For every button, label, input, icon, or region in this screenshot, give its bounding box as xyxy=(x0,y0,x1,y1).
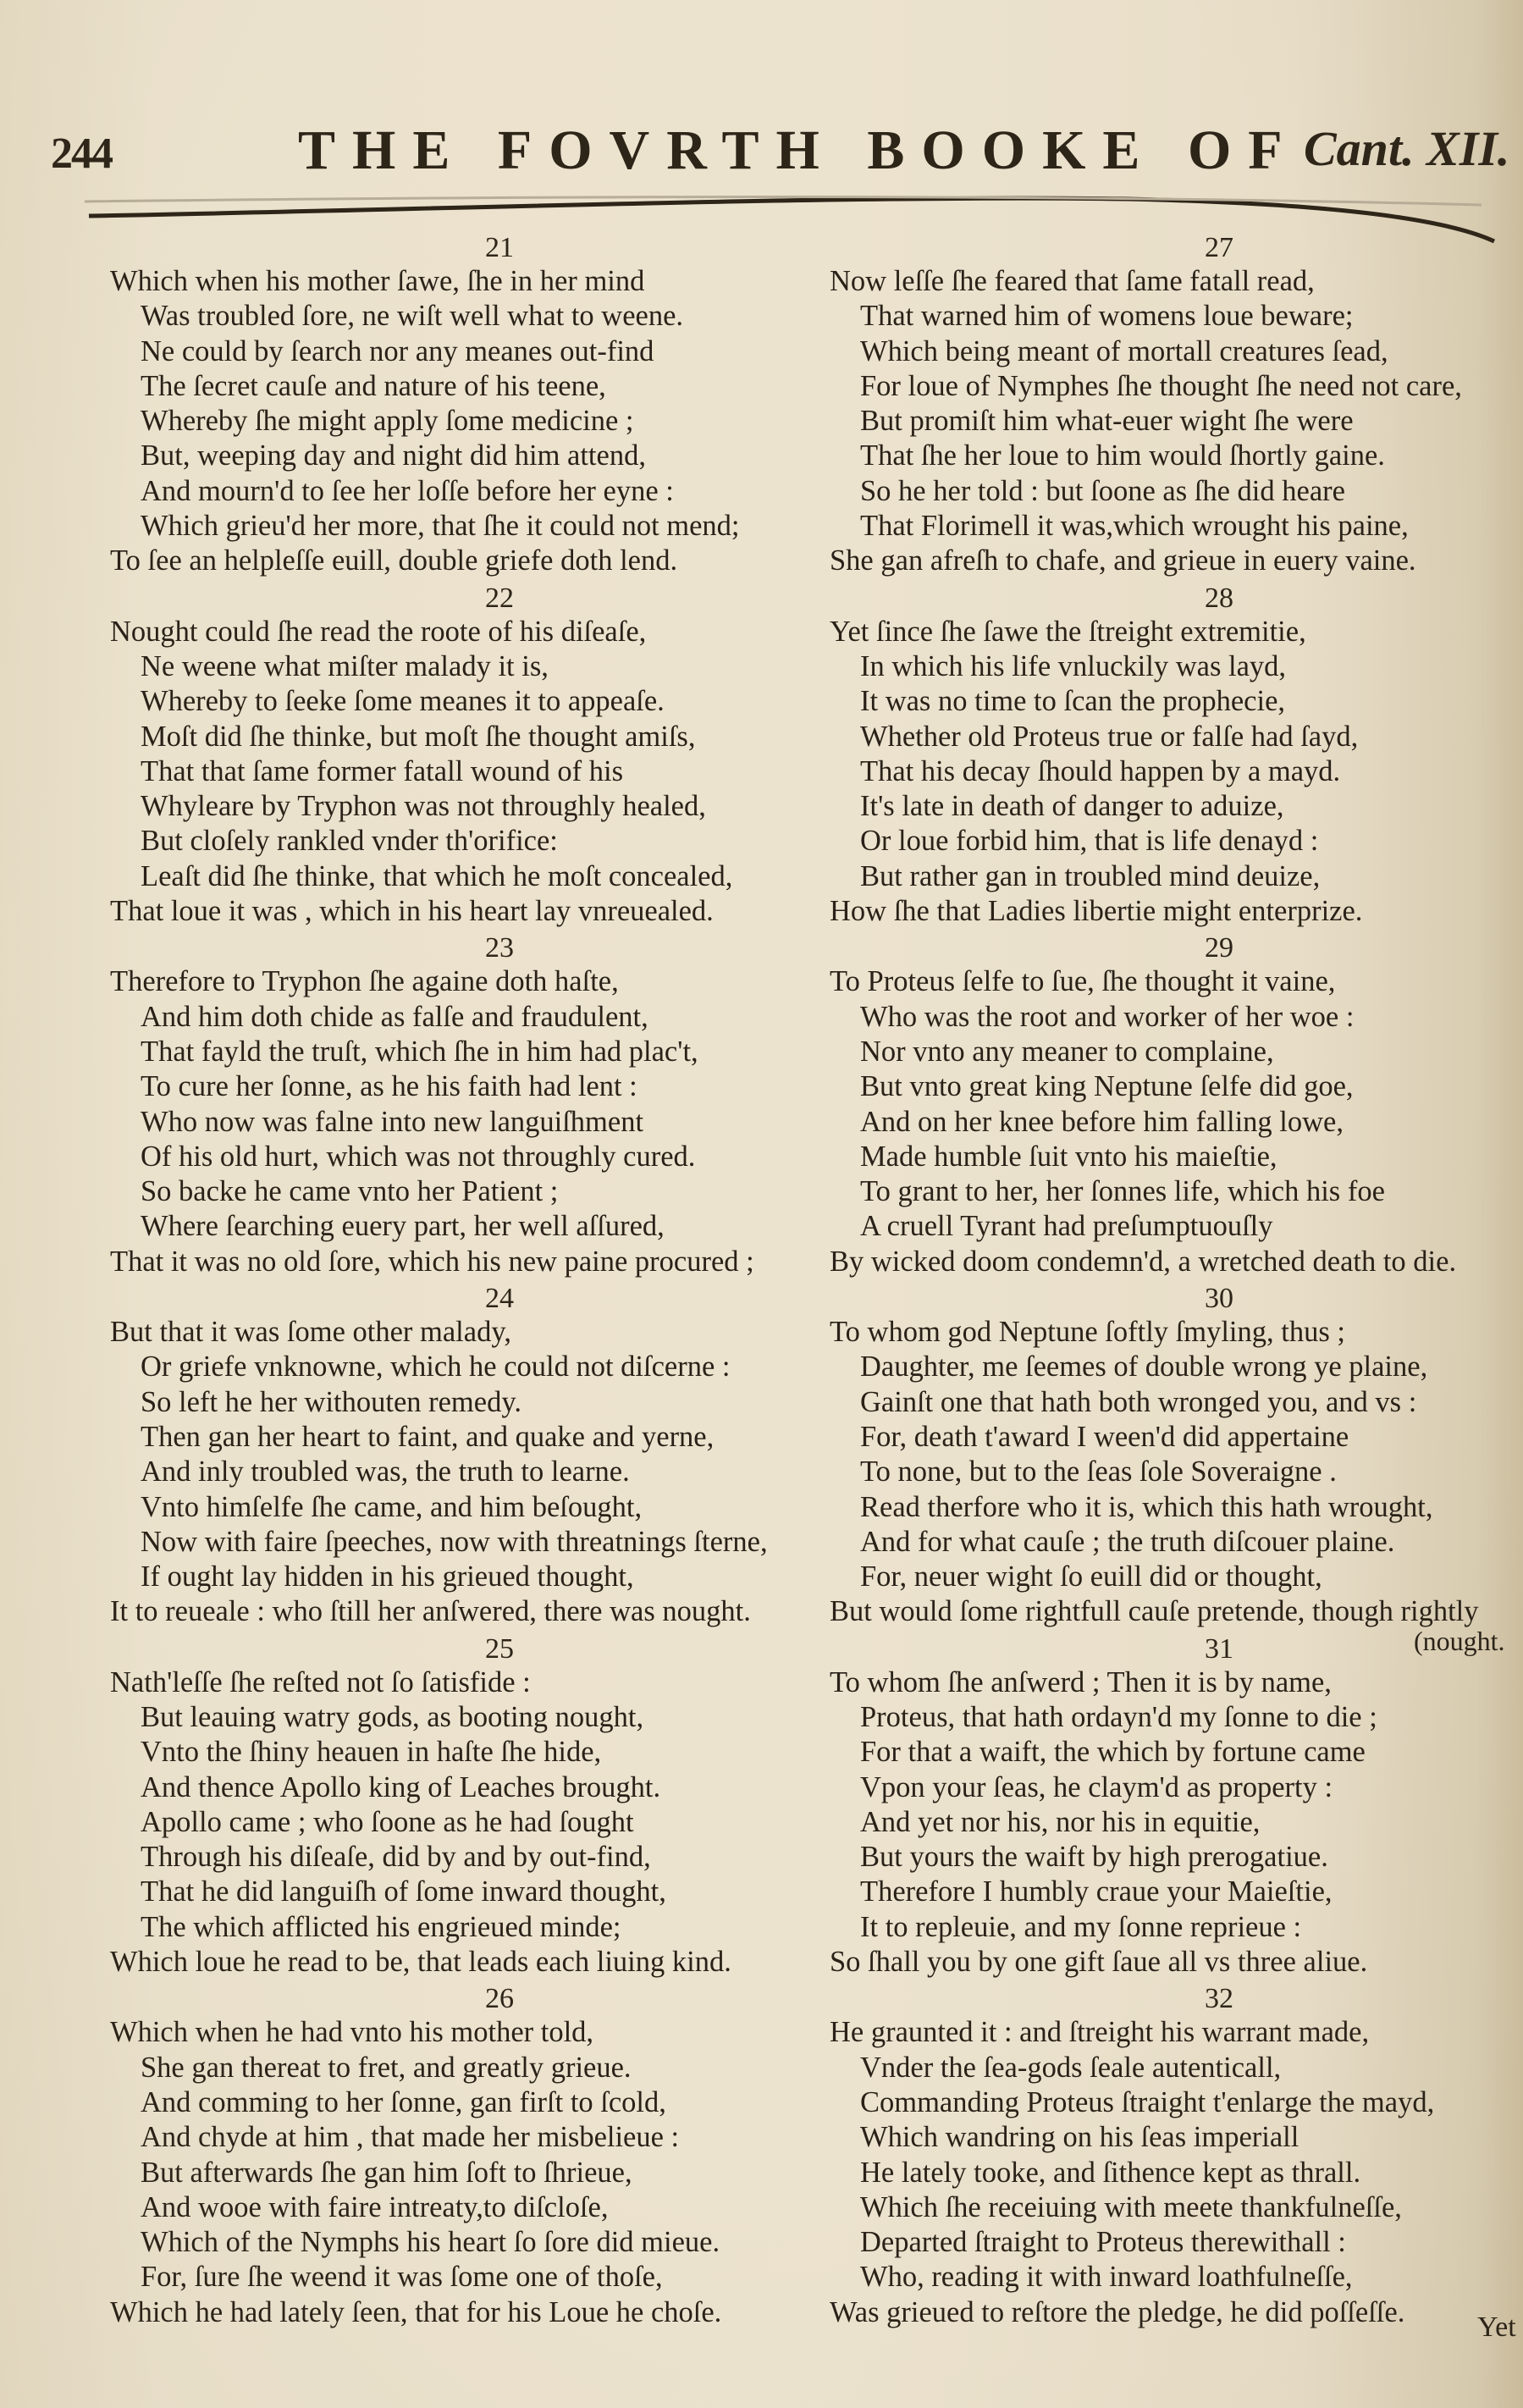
verse-line: But vnto great king Neptune ſelfe did go… xyxy=(830,1069,1523,1104)
verse-line: To ſee an helpleſſe euill, double griefe… xyxy=(110,544,838,578)
verse-line: It's late in death of danger to aduize, xyxy=(830,789,1523,824)
stanza-23: 23 Therefore to Tryphon ſhe againe doth … xyxy=(110,929,838,1279)
verse-line: Or griefe vnknowne, which he could not d… xyxy=(110,1350,838,1384)
verse-line: But cloſely rankled vnder th'orifice: xyxy=(110,824,838,859)
verse-line: Which wandring on his ſeas imperiall xyxy=(830,2120,1523,2155)
stanza-31: 31 To whom ſhe anſwerd ; Then it is by n… xyxy=(830,1630,1523,1980)
verse-line: How ſhe that Ladies libertie might enter… xyxy=(830,894,1523,929)
verse-line: And thence Apollo king of Leaches brough… xyxy=(110,1770,838,1805)
stanza-24: 24 But that it was ſome other malady, Or… xyxy=(110,1279,838,1630)
verse-line: But would ſome rightfull cauſe pretende,… xyxy=(830,1594,1523,1629)
verse-line: And comming to her ſonne, gan firſt to ſ… xyxy=(110,2085,838,2120)
verse-line: To grant to her, her ſonnes life, which … xyxy=(830,1174,1523,1209)
verse-line: And wooe with faire intreaty,to diſcloſe… xyxy=(110,2190,838,2225)
verse-line: Was troubled ſore, ne wiſt well what to … xyxy=(110,299,838,334)
verse-line: It to repleuie, and my ſonne reprieue : xyxy=(830,1910,1523,1945)
right-column: 27 Now leſſe ſhe feared that ſame fatall… xyxy=(830,229,1523,2330)
verse-line: Which when his mother ſawe, ſhe in her m… xyxy=(110,264,838,299)
verse-line: Whereby ſhe might apply ſome medicine ; xyxy=(110,404,838,439)
stanza-number: 23 xyxy=(110,929,838,964)
verse-line: For that a waift, the which by fortune c… xyxy=(830,1735,1523,1770)
stanza-25: 25 Nath'leſſe ſhe reſted not ſo ſatisfid… xyxy=(110,1630,838,1980)
stanza-26: 26 Which when he had vnto his mother tol… xyxy=(110,1980,838,2330)
verse-line: And on her knee before him falling lowe, xyxy=(830,1105,1523,1140)
verse-line: That it was no old ſore, which his new p… xyxy=(110,1245,838,1279)
verse-line: Whereby to ſeeke ſome meanes it to appea… xyxy=(110,684,838,719)
verse-line: Vpon your ſeas, he claym'd as property : xyxy=(830,1770,1523,1805)
verse-line: Proteus, that hath ordayn'd my ſonne to … xyxy=(830,1700,1523,1735)
verse-line: Therefore I humbly craue your Maieſtie, xyxy=(830,1875,1523,1909)
stanza-29: 29 To Proteus ſelfe to ſue, ſhe thought … xyxy=(830,929,1523,1279)
verse-line: But leauing watry gods, as booting nough… xyxy=(110,1700,838,1735)
verse-line: Which ſhe receiuing with meete thankfuln… xyxy=(830,2190,1523,2225)
verse-line: The ſecret cauſe and nature of his teene… xyxy=(110,369,838,404)
verse-line: So ſhall you by one gift ſaue all vs thr… xyxy=(830,1945,1523,1980)
verse-line: A cruell Tyrant had preſumptuouſly xyxy=(830,1209,1523,1244)
verse-line: For loue of Nymphes ſhe thought ſhe need… xyxy=(830,369,1523,404)
verse-line: That his decay ſhould happen by a mayd. xyxy=(830,754,1523,789)
verse-line: Ne weene what miſter malady it is, xyxy=(110,649,838,684)
catchword: Yet xyxy=(1477,2311,1516,2344)
verse-line: But yours the waift by high prerogatiue. xyxy=(830,1840,1523,1875)
verse-line: Yet ſince ſhe ſawe the ſtreight extremit… xyxy=(830,615,1523,649)
verse-line: Now leſſe ſhe feared that ſame fatall re… xyxy=(830,264,1523,299)
stanza-number: 30 xyxy=(830,1279,1523,1315)
verse-line: Vnto the ſhiny heauen in haſte ſhe hide, xyxy=(110,1735,838,1770)
page-number: 244 xyxy=(51,129,112,179)
verse-line: Now with faire ſpeeches, now with threat… xyxy=(110,1525,838,1560)
verse-line: That he did languiſh of ſome inward thou… xyxy=(110,1875,838,1909)
verse-line: The which afflicted his engrieued minde; xyxy=(110,1910,838,1945)
verse-line: For, ſure ſhe weend it was ſome one of t… xyxy=(110,2260,838,2295)
turned-line-overflow: (nought. xyxy=(1414,1626,1505,1657)
stanza-21: 21 Which when his mother ſawe, ſhe in he… xyxy=(110,229,838,579)
verse-line: Vnder the ſea-gods ſeale autenticall, xyxy=(830,2051,1523,2085)
verse-line: Who now was falne into new languiſhment xyxy=(110,1105,838,1140)
verse-line: Which when he had vnto his mother told, xyxy=(110,2015,838,2050)
verse-line: By wicked doom condemn'd, a wretched dea… xyxy=(830,1245,1523,1279)
verse-line: To whom god Neptune ſoftly ſmyling, thus… xyxy=(830,1315,1523,1350)
verse-line: To none, but to the ſeas ſole Soveraigne… xyxy=(830,1455,1523,1489)
verse-line: Where ſearching euery part, her well aſſ… xyxy=(110,1209,838,1244)
running-title: THE FOVRTH BOOKE OF xyxy=(298,119,1300,183)
verse-line: Through his diſeaſe, did by and by out-f… xyxy=(110,1840,838,1875)
verse-line: That that ſame former fatall wound of hi… xyxy=(110,754,838,789)
stanza-number: 24 xyxy=(110,1279,838,1315)
stanza-number: 27 xyxy=(830,229,1523,264)
verse-line: Which being meant of mortall creatures ſ… xyxy=(830,334,1523,369)
stanza-32: 32 He graunted it : and ſtreight his war… xyxy=(830,1980,1523,2330)
verse-line: And chyde at him , that made her misbeli… xyxy=(110,2120,838,2155)
stanza-22: 22 Nought could ſhe read the roote of hi… xyxy=(110,579,838,930)
verse-line: Therefore to Tryphon ſhe againe doth haſ… xyxy=(110,964,838,999)
verse-line: That Florimell it was,which wrought his … xyxy=(830,509,1523,544)
verse-line: But that it was ſome other malady, xyxy=(110,1315,838,1350)
verse-line: But, weeping day and night did him atten… xyxy=(110,439,838,473)
verse-line: It was no time to ſcan the prophecie, xyxy=(830,684,1523,719)
verse-line: To Proteus ſelfe to ſue, ſhe thought it … xyxy=(830,964,1523,999)
verse-line: Ne could by ſearch nor any meanes out-fi… xyxy=(110,334,838,369)
verse-line: Leaſt did ſhe thinke, that which he moſt… xyxy=(110,859,838,894)
stanza-number: 21 xyxy=(110,229,838,264)
verse-line: And him doth chide as falſe and fraudule… xyxy=(110,1000,838,1035)
verse-line: Apollo came ; who ſoone as he had ſought xyxy=(110,1805,838,1840)
verse-line: Then gan her heart to faint, and quake a… xyxy=(110,1420,838,1455)
verse-line: So he her told : but ſoone as ſhe did he… xyxy=(830,474,1523,509)
verse-line: If ought lay hidden in his grieued thoug… xyxy=(110,1560,838,1594)
verse-line: But afterwards ſhe gan him ſoft to ſhrie… xyxy=(110,2156,838,2190)
verse-line: Nought could ſhe read the roote of his d… xyxy=(110,615,838,649)
verse-line: Whyleare by Tryphon was not throughly he… xyxy=(110,789,838,824)
verse-line: Read therfore who it is, which this hath… xyxy=(830,1490,1523,1525)
verse-line: Who, reading it with inward loathfulneſſ… xyxy=(830,2260,1523,2295)
verse-line: So left he her withouten remedy. xyxy=(110,1385,838,1420)
verse-line: Departed ſtraight to Proteus therewithal… xyxy=(830,2225,1523,2260)
verse-line: In which his life vnluckily was layd, xyxy=(830,649,1523,684)
verse-line: Moſt did ſhe thinke, but moſt ſhe though… xyxy=(110,720,838,754)
verse-line: Made humble ſuit vnto his maieſtie, xyxy=(830,1140,1523,1174)
verse-line: That fayld the truſt, which ſhe in him h… xyxy=(110,1035,838,1069)
verse-line: Which of the Nymphs his heart ſo ſore di… xyxy=(110,2225,838,2260)
canto-label: Cant. XII. xyxy=(1304,120,1509,177)
stanza-number: 25 xyxy=(110,1630,838,1665)
stanza-number: 28 xyxy=(830,579,1523,615)
verse-line: And inly troubled was, the truth to lear… xyxy=(110,1455,838,1489)
left-column: 21 Which when his mother ſawe, ſhe in he… xyxy=(110,229,838,2330)
stanza-number: 32 xyxy=(830,1980,1523,2015)
verse-line: That loue it was , which in his heart la… xyxy=(110,894,838,929)
verse-line: Who was the root and worker of her woe : xyxy=(830,1000,1523,1035)
verse-line: And for what cauſe ; the truth diſcouer … xyxy=(830,1525,1523,1560)
verse-line: Nor vnto any meaner to complaine, xyxy=(830,1035,1523,1069)
verse-line: And yet nor his, nor his in equitie, xyxy=(830,1805,1523,1840)
verse-line: Which he had lately ſeen, that for his L… xyxy=(110,2295,838,2330)
stanza-30: 30 To whom god Neptune ſoftly ſmyling, t… xyxy=(830,1279,1523,1630)
stanza-28: 28 Yet ſince ſhe ſawe the ſtreight extre… xyxy=(830,579,1523,930)
verse-line: Gainſt one that hath both wronged you, a… xyxy=(830,1385,1523,1420)
verse-line: So backe he came vnto her Patient ; xyxy=(110,1174,838,1209)
verse-line: Of his old hurt, which was not throughly… xyxy=(110,1140,838,1174)
verse-line: Which loue he read to be, that leads eac… xyxy=(110,1945,838,1980)
verse-line: He lately tooke, and ſithence kept as th… xyxy=(830,2156,1523,2190)
verse-line: Was grieued to reſtore the pledge, he di… xyxy=(830,2295,1523,2330)
verse-line: For, neuer wight ſo euill did or thought… xyxy=(830,1560,1523,1594)
verse-line: She gan afreſh to chafe, and grieue in e… xyxy=(830,544,1523,578)
stanza-27: 27 Now leſſe ſhe feared that ſame fatall… xyxy=(830,229,1523,579)
verse-line: Which grieu'd her more, that ſhe it coul… xyxy=(110,509,838,544)
verse-line: Whether old Proteus true or falſe had ſa… xyxy=(830,720,1523,754)
page-header: 244 THE FOVRTH BOOKE OF Cant. XII. xyxy=(0,110,1523,203)
verse-line: Vnto himſelfe ſhe came, and him beſought… xyxy=(110,1490,838,1525)
verse-line: Or loue forbid him, that is life denayd … xyxy=(830,824,1523,859)
verse-line: But promiſt him what-euer wight ſhe were xyxy=(830,404,1523,439)
verse-line: And mourn'd to ſee her loſſe before her … xyxy=(110,474,838,509)
verse-line: To cure her ſonne, as he his faith had l… xyxy=(110,1069,838,1104)
verse-line: Nath'leſſe ſhe reſted not ſo ſatisfide : xyxy=(110,1665,838,1700)
verse-line: It to reueale : who ſtill her anſwered, … xyxy=(110,1594,838,1629)
stanza-number: 26 xyxy=(110,1980,838,2015)
verse-line: That warned him of womens loue beware; xyxy=(830,299,1523,334)
verse-line: She gan thereat to fret, and greatly gri… xyxy=(110,2051,838,2085)
verse-line: For, death t'award I ween'd did appertai… xyxy=(830,1420,1523,1455)
verse-line: He graunted it : and ſtreight his warran… xyxy=(830,2015,1523,2050)
verse-line: But rather gan in troubled mind deuize, xyxy=(830,859,1523,894)
verse-line: Commanding Proteus ſtraight t'enlarge th… xyxy=(830,2085,1523,2120)
verse-line: That ſhe her loue to him would ſhortly g… xyxy=(830,439,1523,473)
verse-line: To whom ſhe anſwerd ; Then it is by name… xyxy=(830,1665,1523,1700)
verse-line: Daughter, me ſeemes of double wrong ye p… xyxy=(830,1350,1523,1384)
stanza-number: 22 xyxy=(110,579,838,615)
stanza-number: 29 xyxy=(830,929,1523,964)
